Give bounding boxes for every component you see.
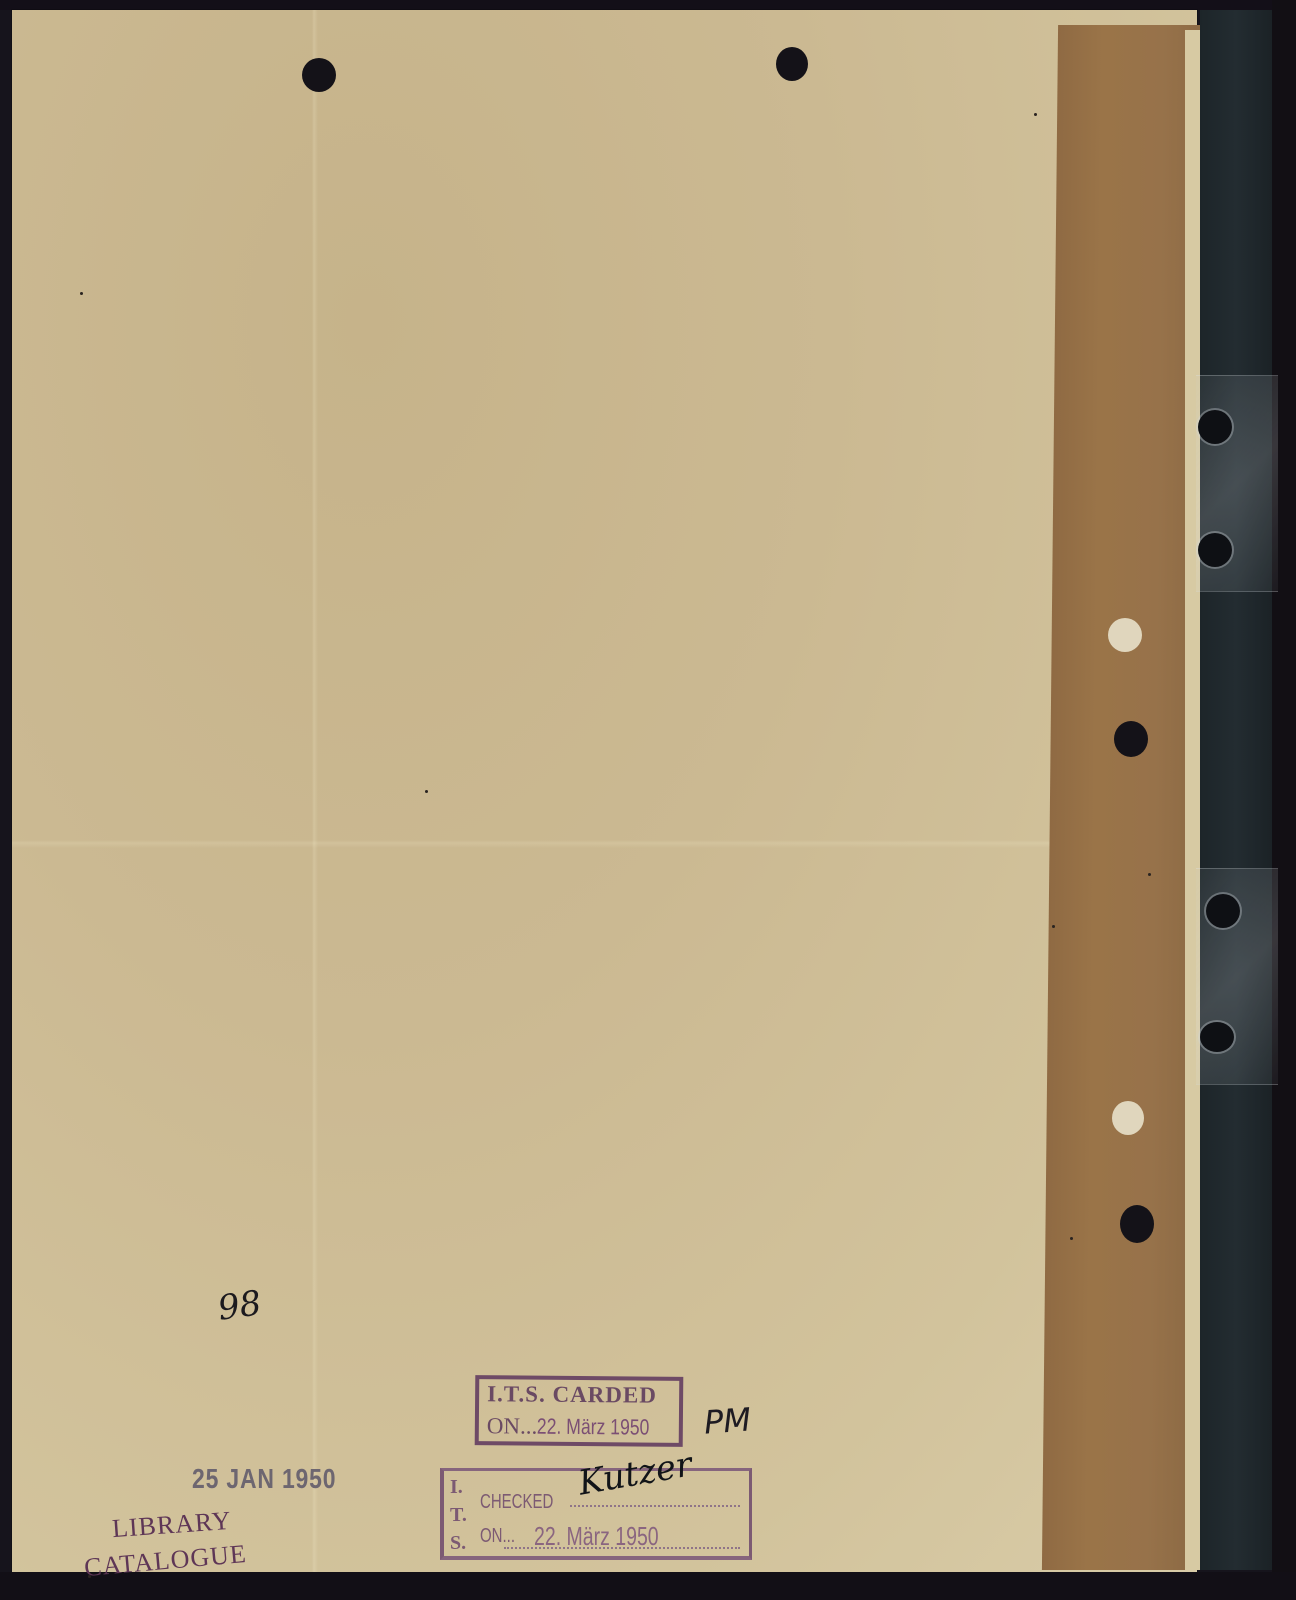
document-scan: 98 I.T.S. CARDED ON...22. März 1950 PM I… [0,0,1296,1600]
handwritten-pm-note: PM [703,1400,752,1441]
carded-stamp-date-line: ON...22. März 1950 [487,1413,678,1441]
carded-on-label: ON... [487,1413,538,1438]
received-date-stamp: 25 JAN 1950 [192,1463,336,1495]
paper-speck [80,292,83,295]
handwritten-page-number: 98 [215,1283,263,1329]
paper-speck [1052,925,1055,928]
punch-hole-icon [1198,410,1232,444]
punch-hole-icon [302,58,336,92]
punch-hole-icon [1120,1205,1154,1243]
its-letter-s: S. [450,1529,467,1557]
its-carded-stamp: I.T.S. CARDED ON...22. März 1950 [475,1375,684,1447]
paper-speck [425,790,428,793]
scan-border-top [0,0,1296,10]
dotted-line [570,1505,740,1507]
punch-hole-icon [1112,1101,1144,1135]
binder-strip [1200,10,1272,1570]
paper-speck [1148,873,1151,876]
paper-speck [1070,1237,1073,1240]
carded-date: 22. März 1950 [537,1414,650,1441]
paper-speck [1034,113,1037,116]
its-letter-t: T. [450,1501,467,1529]
scan-border-right [1272,0,1296,1600]
its-letter-i: I. [450,1473,467,1501]
punch-hole-icon [1200,1022,1234,1052]
carded-stamp-title: I.T.S. CARDED [487,1381,657,1408]
checked-on-label: ON... [480,1525,515,1548]
paper-edge-strip [1185,30,1201,1570]
punch-hole-icon [1206,894,1240,928]
punch-hole-icon [1108,618,1142,652]
punch-hole-icon [1114,721,1148,757]
checked-label: CHECKED [480,1491,553,1514]
its-letters: I. T. S. [450,1473,467,1557]
paper-sheet [12,10,1197,1575]
scan-border-bottom [0,1572,1296,1600]
brown-tape-strip [1042,25,1208,1570]
punch-hole-icon [776,47,808,81]
dotted-line [504,1547,740,1549]
punch-hole-icon [1198,533,1232,567]
